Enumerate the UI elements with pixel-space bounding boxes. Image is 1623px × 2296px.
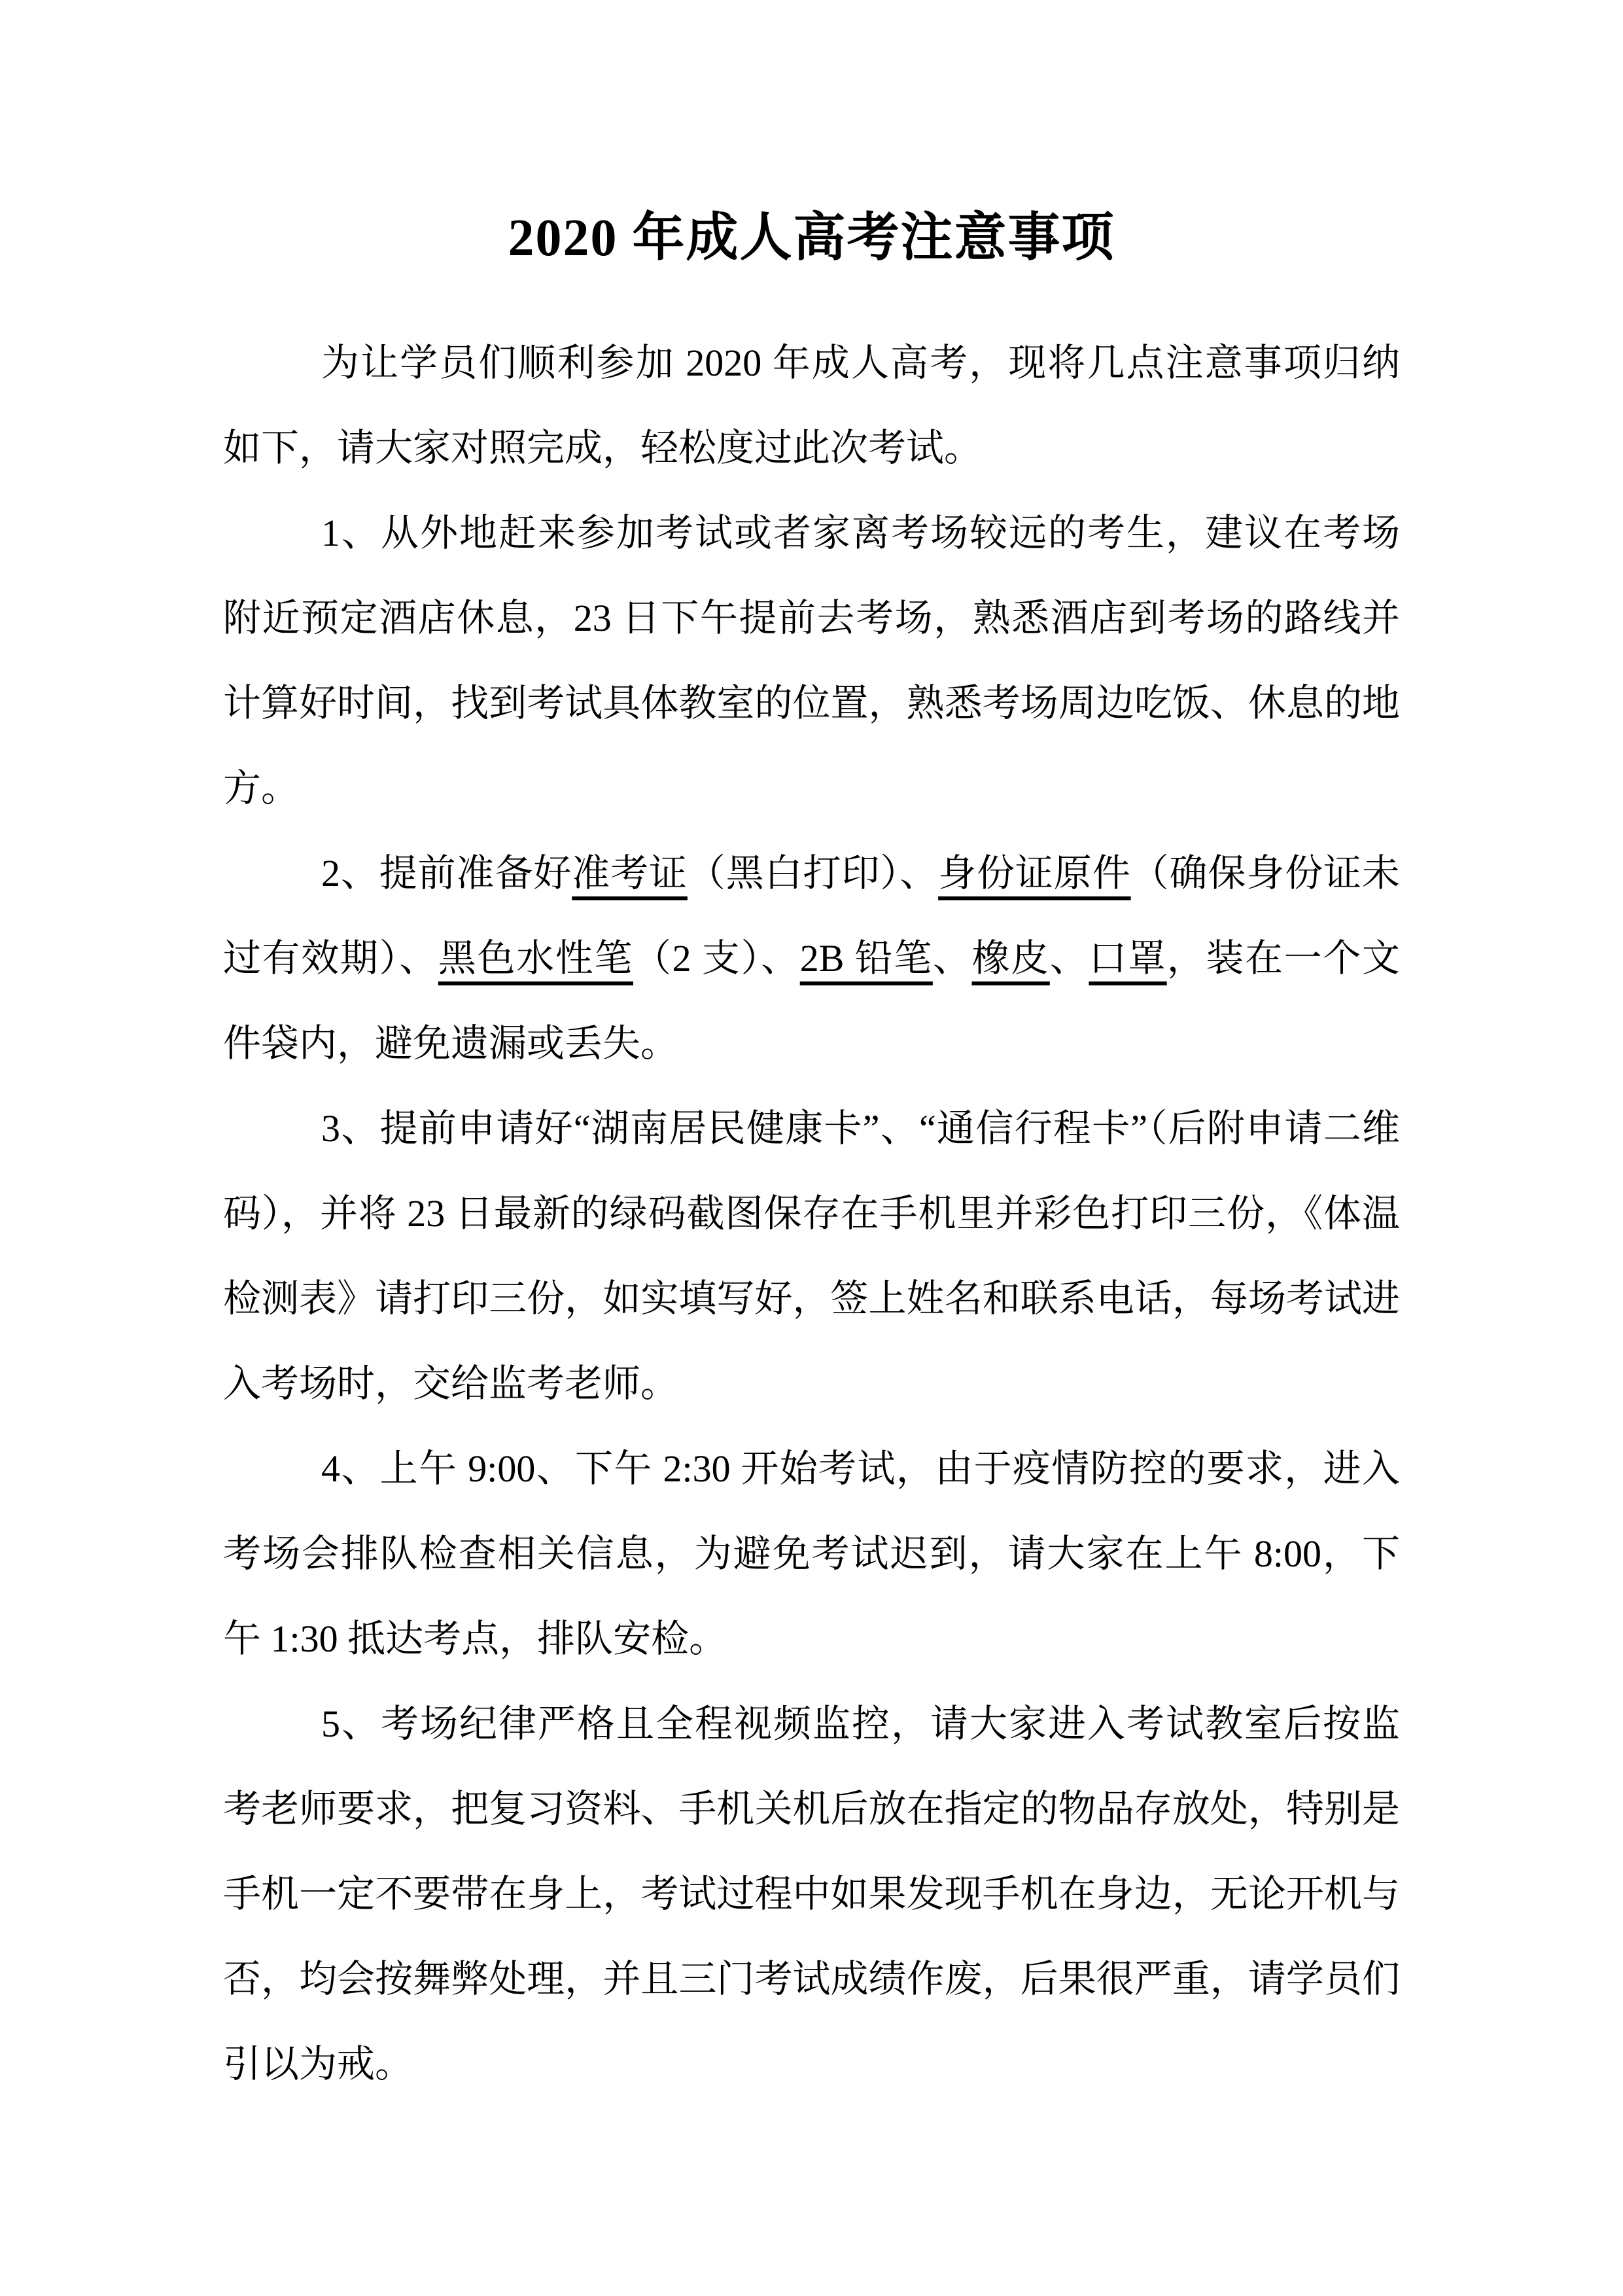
paragraph: 4、上午 9:00、下午 2:30 开始考试，由于疫情防控的要求，进入考场会排队…: [223, 1426, 1400, 1682]
text-run: 5、考场纪律严格且全程视频监控，请大家进入考试教室后按监考老师要求，把复习资料、…: [223, 1703, 1400, 2085]
underlined-text-run: 身份证原件: [938, 852, 1130, 894]
underlined-text-run: 准考证: [572, 852, 688, 894]
underlined-text-run: 口罩: [1089, 937, 1166, 980]
text-run: 2、提前准备好: [321, 852, 572, 894]
paragraph: 3、提前申请好“湖南居民健康卡”、“通信行程卡”（后附申请二维码），并将 23 …: [223, 1086, 1400, 1426]
text-run: 1、从外地赶来参加考试或者家离考场较远的考生，建议在考场附近预定酒店休息，23 …: [223, 512, 1400, 809]
text-run: 、: [933, 937, 972, 980]
document-body: 为让学员们顺利参加 2020 年成人高考，现将几点注意事项归纳如下，请大家对照完…: [223, 321, 1400, 2107]
text-run: 4、上午 9:00、下午 2:30 开始考试，由于疫情防控的要求，进入考场会排队…: [223, 1447, 1400, 1660]
underlined-text-run: 2B 铅笔: [800, 937, 933, 980]
underlined-text-run: 黑色水性笔: [438, 937, 633, 980]
paragraph: 2、提前准备好准考证（黑白打印）、身份证原件（确保身份证未过有效期）、黑色水性笔…: [223, 831, 1400, 1086]
underlined-text-run: 橡皮: [972, 937, 1050, 980]
text-run: （2 支）、: [633, 937, 800, 980]
paragraph: 为让学员们顺利参加 2020 年成人高考，现将几点注意事项归纳如下，请大家对照完…: [223, 321, 1400, 491]
text-run: （黑白打印）、: [688, 852, 938, 894]
text-run: 3、提前申请好“湖南居民健康卡”、“通信行程卡”（后附申请二维码），并将 23 …: [223, 1107, 1400, 1405]
text-run: 为让学员们顺利参加 2020 年成人高考，现将几点注意事项归纳如下，请大家对照完…: [223, 342, 1400, 469]
text-run: 、: [1050, 937, 1089, 980]
document-title: 2020 年成人高考注意事项: [0, 207, 1623, 270]
paragraph: 1、从外地赶来参加考试或者家离考场较远的考生，建议在考场附近预定酒店休息，23 …: [223, 491, 1400, 831]
document-page: 2020 年成人高考注意事项 为让学员们顺利参加 2020 年成人高考，现将几点…: [0, 0, 1623, 2296]
paragraph: 5、考场纪律严格且全程视频监控，请大家进入考试教室后按监考老师要求，把复习资料、…: [223, 1682, 1400, 2107]
